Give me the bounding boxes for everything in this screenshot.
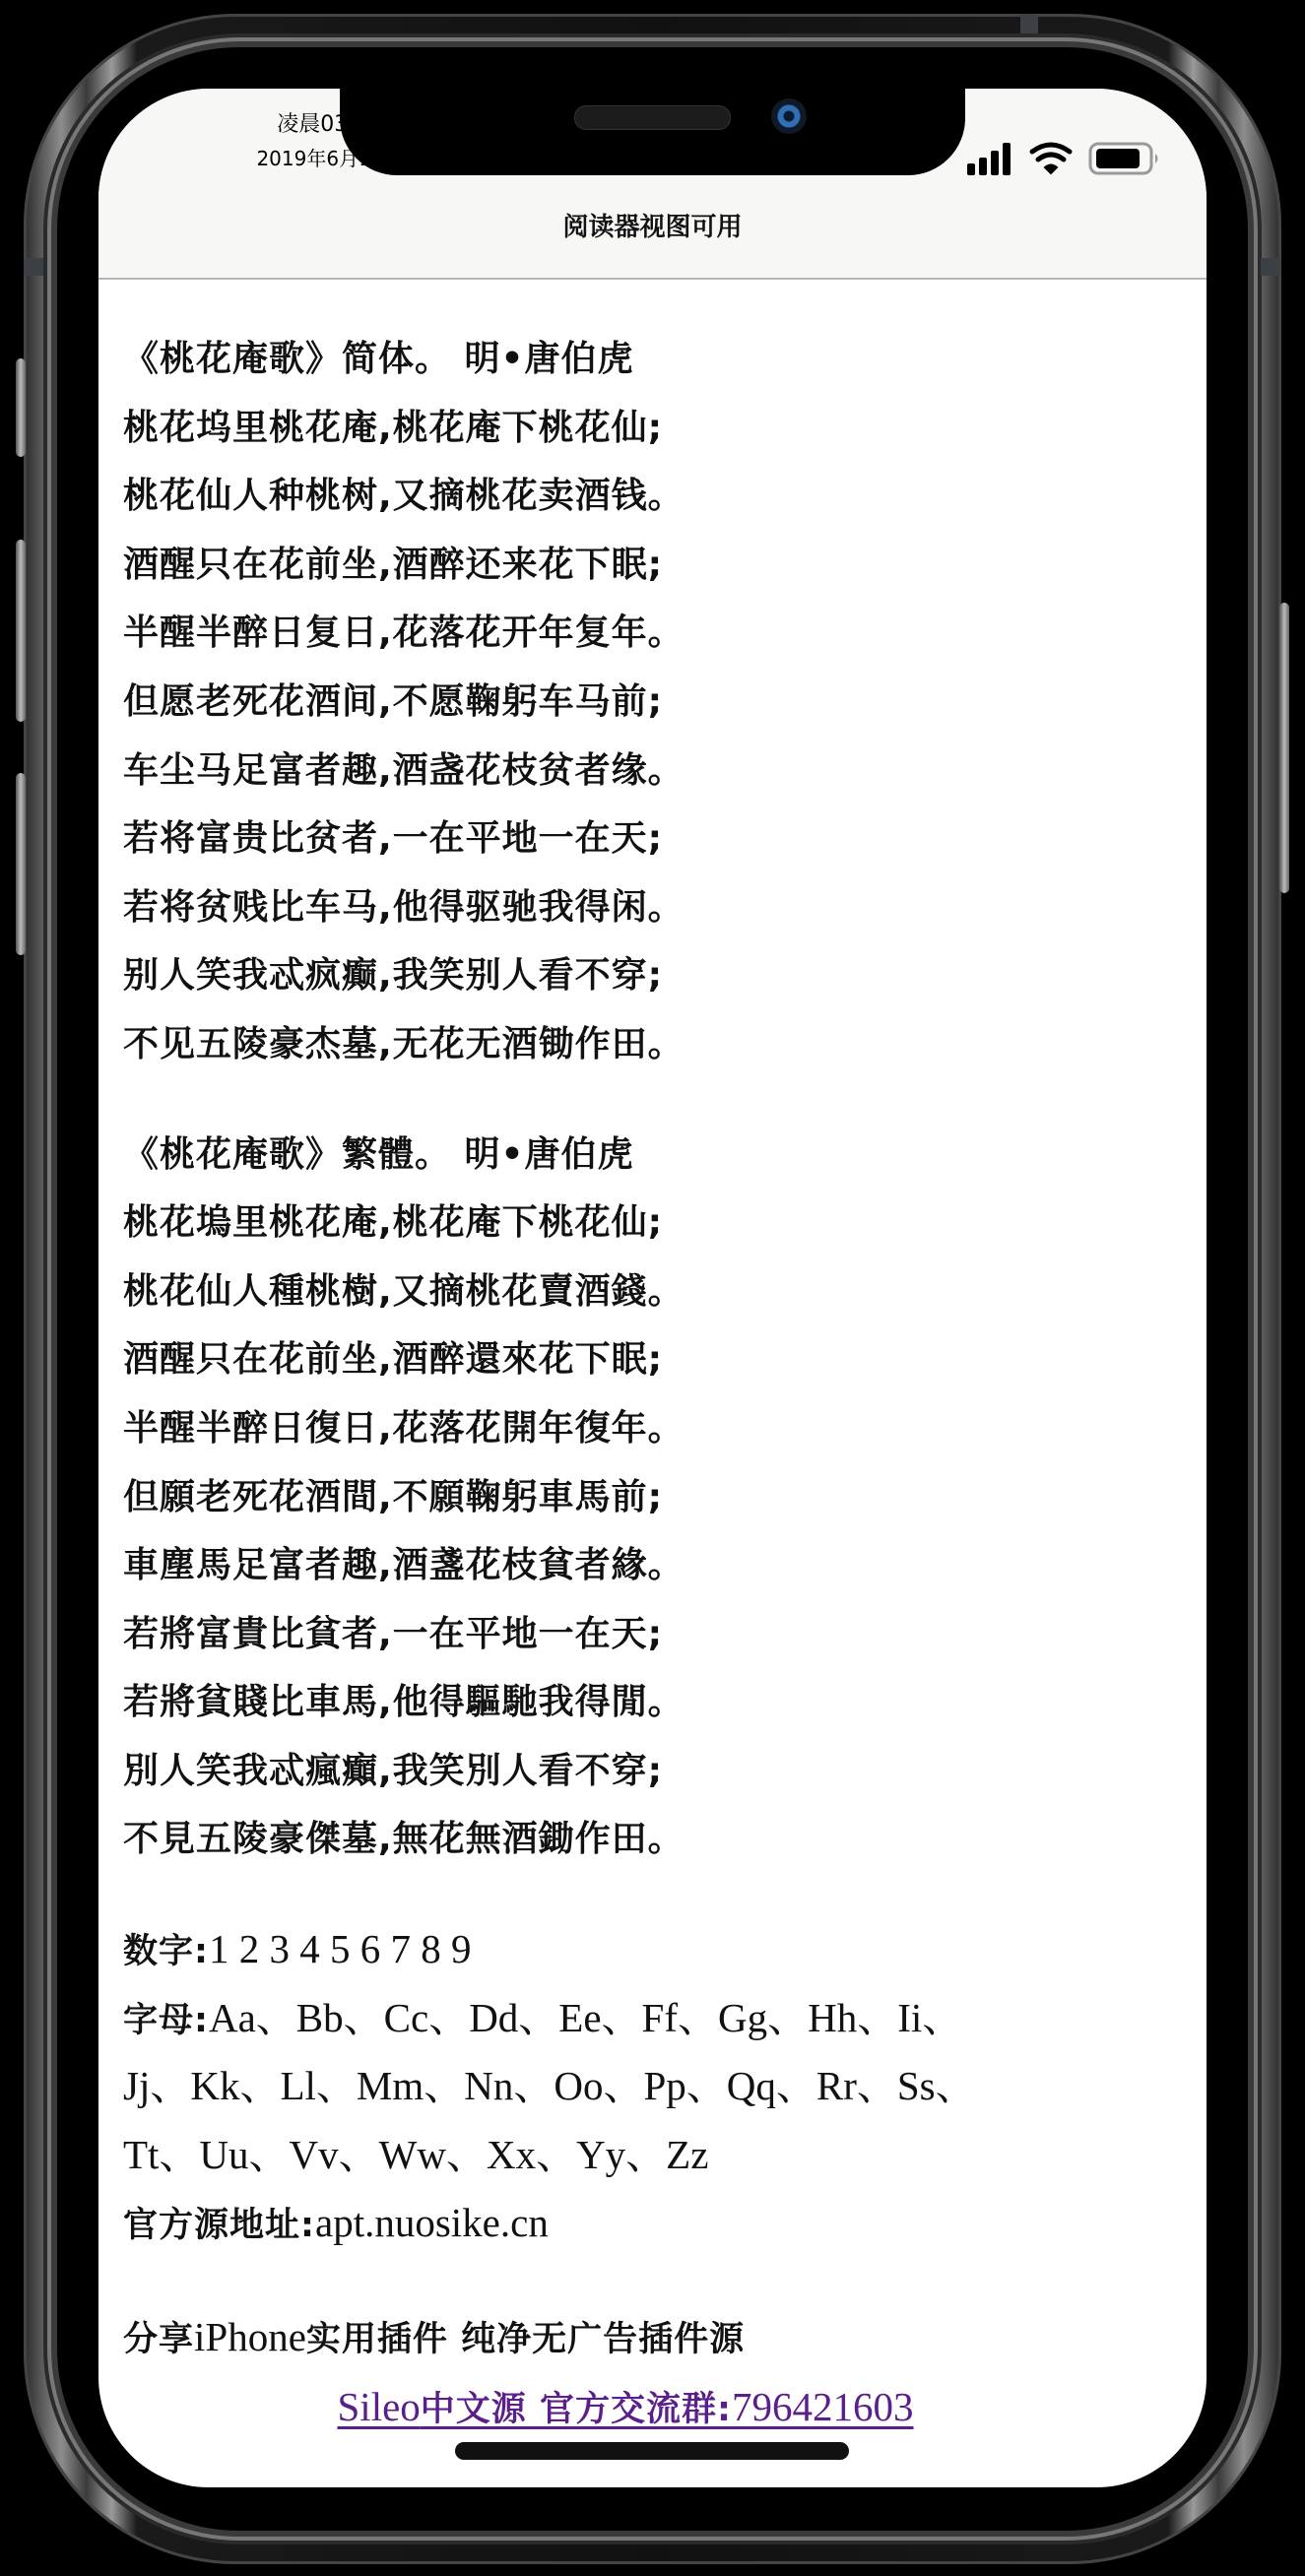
community-group-link[interactable]: Sileo中文源 官方交流群:796421603 [338,2390,914,2429]
screen: 凌晨03:11 2019年6月16日 阅读器视图可用 《桃花庵歌》简体。 明 [98,89,1207,2487]
poem-line: 桃花坞里桃花庵,桃花庵下桃花仙; [123,394,1187,463]
letters-row: 字母:Aa、Bb、Cc、Dd、Ee、Ff、Gg、Hh、Ii、 [123,1984,1187,2053]
power-button [1279,603,1289,893]
poem-line: 桃花塢里桃花庵,桃花庵下桃花仙; [123,1189,1187,1257]
poem-line: 若將貧賤比車馬,他得驅馳我得閒。 [123,1668,1187,1737]
poem-line: 别人笑我忒疯癫,我笑别人看不穿; [123,941,1187,1010]
letters-value-3: Tt、Uu、Vv、Ww、Xx、Yy、Zz [123,2132,708,2177]
poem-line: 但愿老死花酒间,不愿鞠躬车马前; [123,668,1187,737]
link-sileo: Sileo [338,2384,421,2429]
cellular-signal-icon [967,143,1011,175]
source-url: apt.nuosike.cn [315,2200,549,2245]
share-suffix: 实用插件 纯净无广告插件源 [306,2320,745,2359]
poem-line: 但願老死花酒間,不願鞠躬車馬前; [123,1463,1187,1532]
status-icons [965,140,1192,179]
share-device: iPhone [194,2314,306,2359]
poem-line: 若將富貴比貧者,一在平地一在天; [123,1600,1187,1669]
antenna-band [24,258,43,276]
numbers-label: 数字: [123,1932,209,1971]
section-gap [123,2258,1187,2303]
poem-line: 酒醒只在花前坐,酒醉还来花下眠; [123,531,1187,600]
poem-title-traditional: 《桃花庵歌》繁體。 明•唐伯虎 [123,1121,1187,1190]
volume-up-button [16,540,26,722]
poem-title-simplified: 《桃花庵歌》简体。 明•唐伯虎 [123,325,1187,394]
link-number: 796421603 [732,2384,914,2429]
letters-label: 字母: [123,2001,209,2040]
link-text: 中文源 官方交流群: [421,2390,732,2429]
article-content: 《桃花庵歌》简体。 明•唐伯虎 桃花坞里桃花庵,桃花庵下桃花仙; 桃花仙人种桃树… [123,325,1187,2441]
poem-line: 若将富贵比贫者,一在平地一在天; [123,805,1187,873]
home-indicator[interactable] [455,2442,849,2460]
source-row: 官方源地址:apt.nuosike.cn [123,2189,1187,2258]
antenna-band [1261,258,1280,276]
wifi-icon [1032,145,1070,173]
poem-line: 若将贫贱比车马,他得驱驰我得闲。 [123,873,1187,942]
poem-line: 別人笑我忒瘋癲,我笑別人看不穿; [123,1737,1187,1806]
mute-switch [16,358,26,457]
letters-value-1: Aa、Bb、Cc、Dd、Ee、Ff、Gg、Hh、Ii、 [209,1995,962,2040]
poem-line: 半醒半醉日復日,花落花開年復年。 [123,1394,1187,1463]
battery-icon [1090,144,1158,173]
reader-view-available-label[interactable]: 阅读器视图可用 [98,207,1207,243]
poem-line: 车尘马足富者趣,酒盏花枝贫者缘。 [123,737,1187,805]
poem-line: 半醒半醉日复日,花落花开年复年。 [123,599,1187,668]
numbers-value: 1 2 3 4 5 6 7 8 9 [209,1926,472,1971]
antenna-band [1020,14,1038,33]
letters-row-3: Tt、Uu、Vv、Ww、Xx、Yy、Zz [123,2121,1187,2190]
share-prefix: 分享 [123,2320,194,2359]
letters-value-2: Jj、Kk、Ll、Mm、Nn、Oo、Pp、Qq、Rr、Ss、 [123,2063,976,2108]
source-label: 官方源地址: [123,2206,315,2245]
poem-line: 不見五陵豪傑墓,無花無酒鋤作田。 [123,1805,1187,1874]
poem-line: 桃花仙人種桃樹,又摘桃花賣酒錢。 [123,1257,1187,1326]
front-camera [771,98,807,134]
section-gap [123,1874,1187,1915]
poem-line: 桃花仙人种桃树,又摘桃花卖酒钱。 [123,462,1187,531]
letters-row-2: Jj、Kk、Ll、Mm、Nn、Oo、Pp、Qq、Rr、Ss、 [123,2052,1187,2121]
share-row: 分享iPhone实用插件 纯净无广告插件源 [123,2303,1187,2372]
volume-down-button [16,773,26,955]
poem-line: 車塵馬足富者趣,酒盞花枝貧者緣。 [123,1531,1187,1600]
numbers-row: 数字:1 2 3 4 5 6 7 8 9 [123,1915,1187,1984]
section-gap [123,1079,1187,1121]
poem-line: 酒醒只在花前坐,酒醉還來花下眠; [123,1325,1187,1394]
community-link-row: Sileo中文源 官方交流群:796421603 [123,2372,1187,2441]
poem-line: 不见五陵豪杰墓,无花无酒锄作田。 [123,1010,1187,1079]
earpiece-speaker [574,105,731,130]
